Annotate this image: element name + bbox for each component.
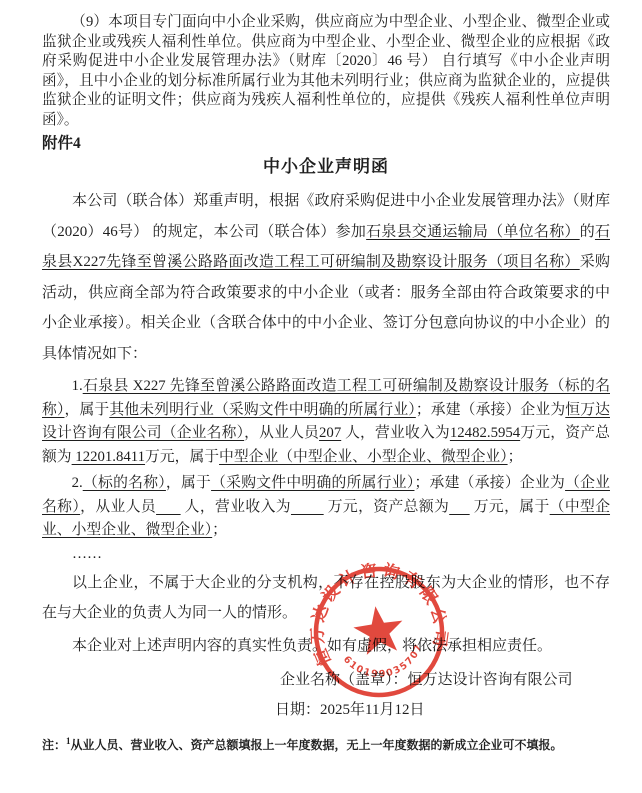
ellipsis-line: ……	[42, 543, 610, 565]
text-segment: 采购活动，供应商全部为符合政策要求的中小企业（或者：服务全部由符合政策要求的中小…	[42, 254, 610, 362]
attachment-label: 附件4	[42, 133, 610, 154]
footnote-prefix: 注：	[42, 738, 66, 752]
underlined-fill-in	[449, 499, 469, 515]
document-page: （9）本项目专门面向中小企业采购，供应商应为中型企业、小型企业、微型企业或监狱企…	[0, 0, 642, 793]
text-segment: ，属于	[65, 402, 110, 418]
text-segment: ；承建（承接）企业为	[414, 475, 565, 491]
underlined-fill-in: （采购文件中明确的所属行业）	[211, 475, 414, 491]
paragraph-responsibility: 本企业对上述声明内容的真实性负责。如有虚假，将依法承担相应责任。	[42, 631, 610, 661]
text-segment: ；	[212, 522, 227, 538]
text-segment: 2.	[72, 475, 83, 491]
underlined-fill-in: （标的名称）	[83, 475, 166, 491]
text-segment: （9）本项目专门面向中小企业采购，供应商应为中型企业、小型企业、微型企业或监狱企…	[42, 14, 610, 128]
paragraph-no-branch: 以上企业，不属于大企业的分支机构，不存在控股股东为大企业的情形，也不存在与大企业…	[42, 568, 610, 628]
text-segment: ，从业人员	[244, 425, 319, 441]
document-title: 中小企业声明函	[42, 155, 610, 179]
text-segment: 万元，资产总额为	[324, 499, 450, 515]
text-segment: 1.	[72, 378, 83, 394]
underlined-fill-in: 中型企业（中型企业、小型企业、微型企业）	[219, 449, 508, 465]
list-item-1: 1.石泉县 X227 先锋至曾溪公路路面改造工程工可研编制及勘察设计服务（标的名…	[42, 375, 610, 469]
underlined-fill-in: 12201.8411	[72, 449, 145, 465]
paragraph-intro: 本公司（联合体）郑重声明，根据《政府采购促进中小企业发展管理办法》（财库（202…	[42, 186, 610, 369]
underlined-fill-in	[156, 499, 181, 515]
text-segment: 人，营业收入为	[181, 499, 291, 515]
text-segment: 的	[580, 224, 595, 240]
footnote: 注：1从业人员、营业收入、资产总额填报上一年度数据，无上一年度数据的新成立企业可…	[42, 734, 610, 754]
text-segment: 万元，属于	[145, 449, 219, 465]
text-segment: ，属于	[166, 475, 211, 491]
list-item-2: 2.（标的名称），属于（采购文件中明确的所属行业）；承建（承接）企业为（企业名称…	[42, 472, 610, 543]
footnote-text: 从业人员、营业收入、资产总额填报上一年度数据，无上一年度数据的新成立企业可不填报…	[71, 738, 563, 752]
date-line: 日期：2025年11月12日	[42, 695, 610, 725]
underlined-fill-in	[291, 499, 324, 515]
underlined-fill-in: 石泉县交通运输局（单位名称）	[366, 224, 580, 240]
text-segment: ，从业人员	[80, 499, 156, 515]
text-segment: 万元，属于	[470, 499, 550, 515]
signature-line: 企业名称（盖章）：恒万达设计咨询有限公司	[42, 665, 610, 695]
underlined-fill-in: 207	[319, 425, 341, 441]
underlined-fill-in: 12482.5954	[450, 425, 520, 441]
paragraph-clause-9: （9）本项目专门面向中小企业采购，供应商应为中型企业、小型企业、微型企业或监狱企…	[42, 13, 610, 130]
text-segment: ；承建（承接）企业为	[416, 402, 565, 418]
text-segment: 人，营业收入为	[341, 425, 450, 441]
underlined-fill-in: 其他未列明行业（采购文件中明确的所属行业）	[109, 402, 415, 418]
text-segment: ；	[508, 449, 523, 465]
